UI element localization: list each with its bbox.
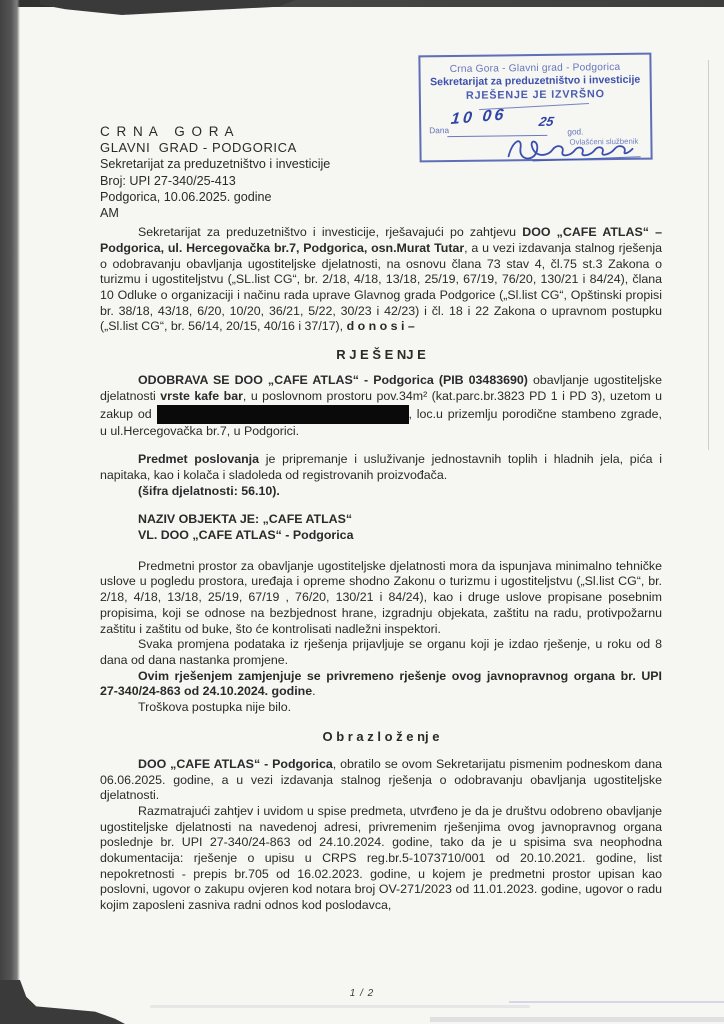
- scan-paper-edge-right: [708, 60, 709, 450]
- text-run: (šifra djelatnosti: 56.10).: [138, 484, 280, 498]
- text-run: Ovim rješenjem zamjenjuje se privremeno …: [100, 669, 662, 699]
- redaction-box: [157, 405, 409, 424]
- text-run: Sekretarijat za preduzetništvo i investi…: [138, 225, 522, 239]
- scan-blob-bottom-left: [0, 980, 125, 1024]
- scan-streak: [509, 1001, 724, 1003]
- scanned-document-page: { "stamp": { "line1": "Crna Gora - Glavn…: [0, 0, 724, 1024]
- scan-streak: [150, 1005, 530, 1008]
- text-run: Svaka promjena podataka iz rješenja prij…: [100, 637, 662, 667]
- text-run: Predmet poslovanja: [138, 452, 259, 466]
- header-case-number: Broj: UPI 27-340/25-413: [100, 173, 662, 189]
- document-body: C R N A G O R A GLAVNI GRAD - PODGORICA …: [100, 124, 662, 914]
- text-run: NAZIV OBJEKTA JE: „CAFE ATLAS“: [138, 512, 352, 526]
- scan-edge-top: [0, 0, 724, 7]
- paragraph-costs: Troškova postupka nije bilo.: [100, 700, 662, 716]
- stamp-executable-line: RJEŠENJE JE IZVRŠNO: [421, 88, 650, 103]
- header-office: Sekretarijat za preduzetništvo i investi…: [100, 156, 662, 172]
- page-number: 1 / 2: [0, 988, 724, 999]
- header-place-date: Podgorica, 10.06.2025. godine: [100, 189, 662, 205]
- paragraph-review: Razmatrajući zahtjev i uvidom u spise pr…: [100, 804, 662, 914]
- stamp-office-line: Sekretarijat za preduzetništvo i investi…: [421, 74, 650, 89]
- header-clerk-initials: AM: [100, 205, 662, 221]
- text-run: d o n o s i –: [347, 319, 415, 333]
- paragraph-change-notice: Svaka promjena podataka iz rješenja prij…: [100, 637, 662, 668]
- text-run: vrste kafe bar: [160, 389, 243, 403]
- paragraph-intro: Sekretarijat za preduzetništvo i investi…: [100, 225, 662, 335]
- text-run: ODOBRAVA SE DOO „CAFE ATLAS“ - Podgorica…: [138, 373, 528, 387]
- paragraph-approval: ODOBRAVA SE DOO „CAFE ATLAS“ - Podgorica…: [100, 373, 662, 439]
- text-run: Razmatrajući zahtjev i uvidom u spise pr…: [100, 804, 662, 912]
- decision-title: R J E Š E NJ E: [100, 347, 662, 362]
- paragraph-business-subject: Predmet poslovanja je pripremanje i uslu…: [100, 452, 662, 483]
- paragraph-technical-conditions: Predmetni prostor za obavljanje ugostite…: [100, 559, 662, 638]
- paragraph-replacement: Ovim rješenjem zamjenjuje se privremeno …: [100, 669, 662, 700]
- paragraph-object-owner: VL. DOO „CAFE ATLAS“ - Podgorica: [100, 528, 662, 544]
- paragraph-request: DOO „CAFE ATLAS“ - Podgorica, obratilo s…: [100, 757, 662, 804]
- text-run: Predmetni prostor za obavljanje ugostite…: [100, 559, 662, 636]
- explanation-title: O b r a z l o ž e nj e: [100, 729, 662, 744]
- scan-smudge-top: [40, 0, 296, 15]
- text-run: Troškova postupka nije bilo.: [138, 700, 291, 714]
- scan-streak: [430, 1017, 724, 1022]
- text-run: .: [312, 684, 315, 698]
- header-country: C R N A G O R A: [100, 124, 662, 140]
- header-city: GLAVNI GRAD - PODGORICA: [100, 140, 662, 156]
- text-run: DOO „CAFE ATLAS“ - Podgorica: [138, 757, 333, 771]
- paragraph-activity-code: (šifra djelatnosti: 56.10).: [100, 484, 662, 500]
- paragraph-object-name: NAZIV OBJEKTA JE: „CAFE ATLAS“: [100, 512, 662, 528]
- scan-edge-left: [0, 0, 20, 1024]
- text-run: VL. DOO „CAFE ATLAS“ - Podgorica: [138, 528, 353, 542]
